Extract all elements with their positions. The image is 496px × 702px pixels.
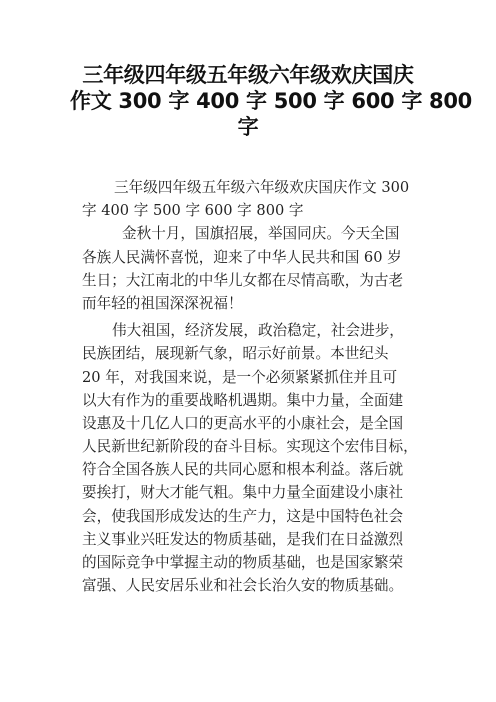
text-line: 设惠及十几亿人口的更高水平的小康社会，是全国 <box>82 412 416 435</box>
document-page: 三年级四年级五年级六年级欢庆国庆 作文 300 字 400 字 500 字 60… <box>0 0 496 702</box>
paragraph-2: 伟大祖国，经济发展，政治稳定，社会进步， 民族团结，展现新气象，昭示好前景。本世… <box>82 319 416 597</box>
document-body: 三年级四年级五年级六年级欢庆国庆作文 300 字 400 字 500 字 600… <box>82 176 416 597</box>
title-line: 字 <box>70 114 426 140</box>
title-line: 作文 300 字 400 字 500 字 600 字 800 <box>70 88 426 114</box>
text-line: 字 400 字 500 字 600 字 800 字 <box>82 199 416 222</box>
text-line: 的国际竞争中掌握主动的物质基础，也是国家繁荣 <box>82 551 416 574</box>
text-line: 而年轻的祖国深深祝福！ <box>82 292 416 315</box>
text-line: 符合全国各族人民的共同心愿和根本利益。落后就 <box>82 458 416 481</box>
text-line: 各族人民满怀喜悦，迎来了中华人民共和国 60 岁 <box>82 246 416 269</box>
text-line: 三年级四年级五年级六年级欢庆国庆作文 300 <box>82 176 416 199</box>
text-line: 会，使我国形成发达的生产力，这是中国特色社会 <box>82 505 416 528</box>
text-line: 人民新世纪新阶段的奋斗目标。实现这个宏伟目标， <box>82 435 416 458</box>
text-line: 主义事业兴旺发达的物质基础，是我们在日益激烈 <box>82 528 416 551</box>
text-line: 伟大祖国，经济发展，政治稳定，社会进步， <box>82 319 416 342</box>
text-line: 金秋十月，国旗招展，举国同庆。今天全国 <box>82 222 416 245</box>
text-line: 富强、人民安居乐业和社会长治久安的物质基础。 <box>82 574 416 597</box>
text-line: 以大有作为的重要战略机遇期。集中力量，全面建 <box>82 389 416 412</box>
title-line: 三年级四年级五年级六年级欢庆国庆 <box>70 62 426 88</box>
paragraph-1: 金秋十月，国旗招展，举国同庆。今天全国 各族人民满怀喜悦，迎来了中华人民共和国 … <box>82 222 416 315</box>
text-line: 民族团结，展现新气象，昭示好前景。本世纪头 <box>82 342 416 365</box>
document-title: 三年级四年级五年级六年级欢庆国庆 作文 300 字 400 字 500 字 60… <box>70 62 426 140</box>
text-line: 要挨打，财大才能气粗。集中力量全面建设小康社 <box>82 481 416 504</box>
text-line: 生日；大江南北的中华儿女都在尽情高歌，为古老 <box>82 269 416 292</box>
text-line: 20 年，对我国来说，是一个必须紧紧抓住并且可 <box>82 366 416 389</box>
subtitle-paragraph: 三年级四年级五年级六年级欢庆国庆作文 300 字 400 字 500 字 600… <box>82 176 416 222</box>
